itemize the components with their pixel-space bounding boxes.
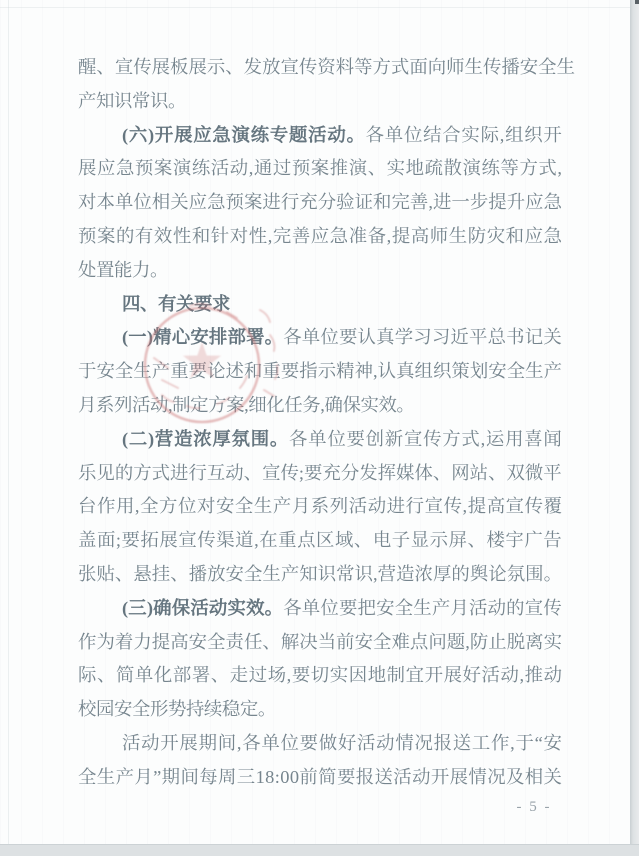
text-line: 乐见的方式进行互动、宣传;要充分发挥媒体、网站、双微平: [78, 457, 562, 491]
scan-edge-left: [8, 0, 9, 856]
text-line: 处置能力。: [78, 254, 562, 288]
scan-edge-right: [630, 0, 639, 856]
text-line: 张贴、悬挂、播放安全生产知识常识,营造浓厚的舆论氛围。: [78, 558, 562, 592]
text-line: (一)精心安排部署。各单位要认真学习习近平总书记关: [78, 321, 562, 355]
page-number: - 5 -: [499, 796, 569, 818]
document-text-block: 醒、宣传展板展示、发放宣传资料等方式面向师生传播安全生产知识常识。(六)开展应急…: [78, 51, 562, 795]
text-line: 校园安全形势持续稳定。: [78, 693, 562, 727]
scan-edge-top: [0, 7, 639, 8]
text-line: 盖面;要拓展宣传渠道,在重点区域、电子显示屏、楼宇广告: [78, 524, 562, 558]
text-line: 预案的有效性和针对性,完善应急准备,提高师生防灾和应急: [78, 220, 562, 254]
text-line: 四、有关要求: [78, 288, 562, 322]
text-line: 活动开展期间,各单位要做好活动情况报送工作,于“安: [78, 727, 562, 761]
scan-edge-bottom: [0, 844, 639, 856]
text-line: 于安全生产重要论述和重要指示精神,认真组织策划安全生产: [78, 355, 562, 389]
text-line: 全生产月”期间每周三18:00前简要报送活动开展情况及相关: [78, 761, 562, 795]
text-line: 醒、宣传展板展示、发放宣传资料等方式面向师生传播安全生: [78, 51, 562, 85]
text-line: 际、简单化部署、走过场,要切实因地制宜开展好活动,推动: [78, 659, 562, 693]
scan-corner-artifact: [635, 0, 639, 4]
text-line: (六)开展应急演练专题活动。各单位结合实际,组织开: [78, 119, 562, 153]
text-line: 月系列活动,制定方案,细化任务,确保实效。: [78, 389, 562, 423]
text-line: 产知识常识。: [78, 85, 562, 119]
text-line: 对本单位相关应急预案进行充分验证和完善,进一步提升应急: [78, 186, 562, 220]
text-line: (三)确保活动实效。各单位要把安全生产月活动的宣传: [78, 592, 562, 626]
scanned-document-page: 醒、宣传展板展示、发放宣传资料等方式面向师生传播安全生产知识常识。(六)开展应急…: [0, 0, 639, 856]
text-line: (二)营造浓厚氛围。各单位要创新宣传方式,运用喜闻: [78, 423, 562, 457]
text-line: 作为着力提高安全责任、解决当前安全难点问题,防止脱离实: [78, 626, 562, 660]
text-line: 展应急预案演练活动,通过预案推演、实地疏散演练等方式,: [78, 152, 562, 186]
text-line: 台作用,全方位对安全生产月系列活动进行宣传,提高宣传覆: [78, 490, 562, 524]
